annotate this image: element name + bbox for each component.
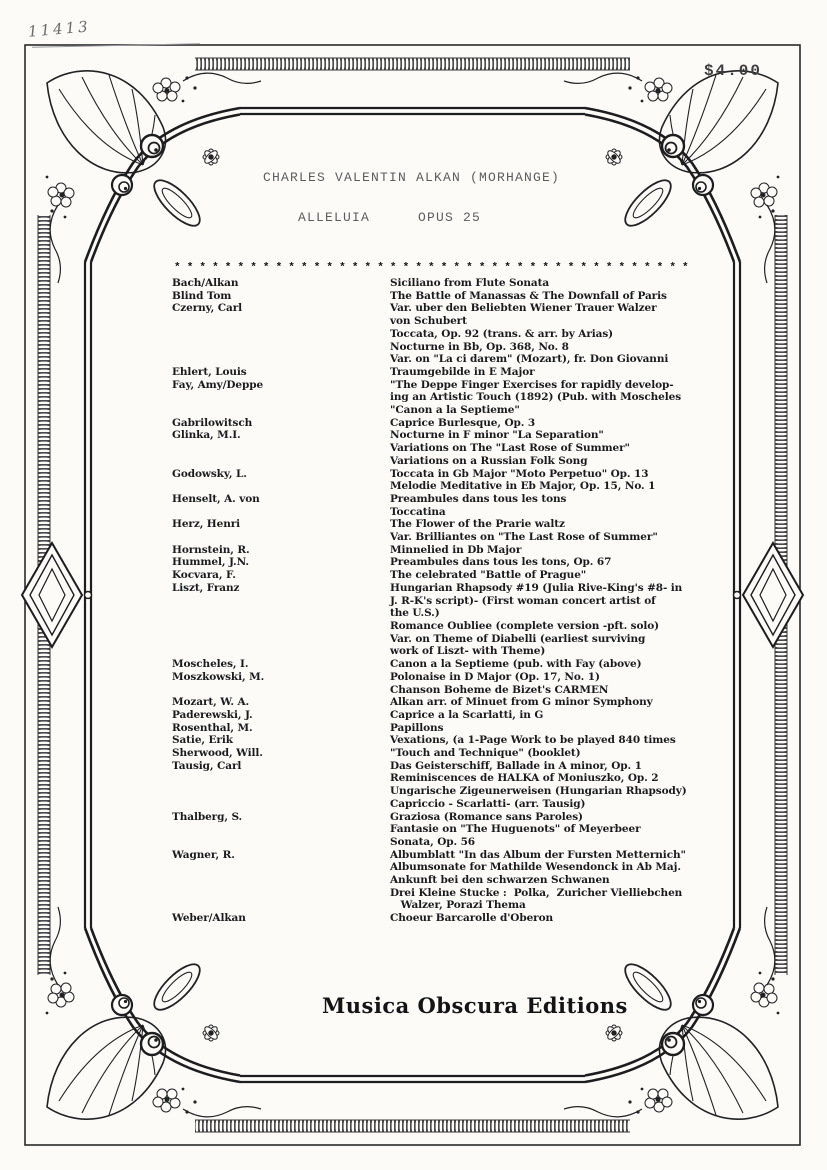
composer-name: Bach/Alkan bbox=[172, 277, 390, 290]
composer-name: Godowsky, L. bbox=[172, 468, 390, 493]
work-line: Melodie Meditative in Eb Major, Op. 15, … bbox=[390, 480, 702, 493]
works-list: "The Deppe Finger Exercises for rapidly … bbox=[390, 379, 702, 417]
work-line: Nocturne in F minor "La Separation" bbox=[390, 429, 702, 442]
composer-name: Ehlert, Louis bbox=[172, 366, 390, 379]
work-line: Siciliano from Flute Sonata bbox=[390, 277, 702, 290]
works-list: Preambules dans tous les tonsToccatina bbox=[390, 493, 702, 518]
composer-name: Herz, Henri bbox=[172, 518, 390, 543]
publisher-name: Musica Obscura Editions bbox=[322, 993, 628, 1018]
work-line: Sonata, Op. 56 bbox=[390, 836, 702, 849]
work-line: Var. on Theme of Diabelli (earliest surv… bbox=[390, 633, 702, 646]
composer-name: Moszkowski, M. bbox=[172, 671, 390, 696]
work-line: Var. on "La ci darem" (Mozart), fr. Don … bbox=[390, 353, 702, 366]
works-list: Papillons bbox=[390, 722, 702, 735]
catalog-entry: GabrilowitschCaprice Burlesque, Op. 3 bbox=[172, 417, 702, 430]
work-line: Drei Kleine Stucke : Polka, Zuricher Vie… bbox=[390, 887, 702, 900]
work-line: Var. Brilliantes on "The Last Rose of Su… bbox=[390, 531, 702, 544]
work-line: Vexations, (a 1-Page Work to be played 8… bbox=[390, 734, 702, 747]
catalog-entry: Glinka, M.I.Nocturne in F minor "La Sepa… bbox=[172, 429, 702, 467]
corner-ornament-top-left bbox=[31, 51, 261, 283]
work-line: Preambules dans tous les tons bbox=[390, 493, 702, 506]
works-list: "Touch and Technique" (booklet) bbox=[390, 747, 702, 760]
composer-name: Satie, Erik bbox=[172, 734, 390, 747]
composer-name: Fay, Amy/Deppe bbox=[172, 379, 390, 417]
composer-name: Wagner, R. bbox=[172, 849, 390, 913]
work-line: the U.S.) bbox=[390, 607, 702, 620]
catalog-entry: Czerny, CarlVar. uber den Beliebten Wien… bbox=[172, 302, 702, 366]
work-line: Papillons bbox=[390, 722, 702, 735]
composer-name: Blind Tom bbox=[172, 290, 390, 303]
work-line: Choeur Barcarolle d'Oberon bbox=[390, 912, 702, 925]
work-line: Fantasie on "The Huguenots" of Meyerbeer bbox=[390, 823, 702, 836]
work-line: Canon a la Septieme (pub. with Fay (abov… bbox=[390, 658, 702, 671]
separator-row: ****************************************… bbox=[174, 262, 695, 274]
work-line: Graziosa (Romance sans Paroles) bbox=[390, 811, 702, 824]
work-line: Nocturne in Bb, Op. 368, No. 8 bbox=[390, 341, 702, 354]
catalog-entry: Rosenthal, M.Papillons bbox=[172, 722, 702, 735]
catalog-entry: Blind TomThe Battle of Manassas & The Do… bbox=[172, 290, 702, 303]
catalog-entry: Ehlert, LouisTraumgebilde in E Major bbox=[172, 366, 702, 379]
work-line: Minnelied in Db Major bbox=[390, 544, 702, 557]
work-line: "The Deppe Finger Exercises for rapidly … bbox=[390, 379, 702, 392]
work-title: ALLELUIA bbox=[298, 210, 370, 225]
scanned-catalog-page: 11413 $4.00 CHARLES VALENTIN ALKAN (MORH… bbox=[0, 0, 827, 1170]
catalog-entry: Wagner, R.Albumblatt "In das Album der F… bbox=[172, 849, 702, 913]
composer-name: Thalberg, S. bbox=[172, 811, 390, 849]
subtitle-gap bbox=[370, 210, 418, 225]
work-line: von Schubert bbox=[390, 315, 702, 328]
work-line: Hungarian Rhapsody #19 (Julia Rive-King'… bbox=[390, 582, 702, 595]
composer-name: Tausig, Carl bbox=[172, 760, 390, 811]
corner-ornament-top-right bbox=[564, 51, 794, 283]
works-list: Choeur Barcarolle d'Oberon bbox=[390, 912, 702, 925]
works-list: Minnelied in Db Major bbox=[390, 544, 702, 557]
works-list: Siciliano from Flute Sonata bbox=[390, 277, 702, 290]
catalog-entry: Paderewski, J.Caprice a la Scarlatti, in… bbox=[172, 709, 702, 722]
work-line: Caprice a la Scarlatti, in G bbox=[390, 709, 702, 722]
work-line: "Canon a la Septieme" bbox=[390, 404, 702, 417]
works-list: Albumblatt "In das Album der Fursten Met… bbox=[390, 849, 702, 913]
catalog-entry: Kocvara, F.The celebrated "Battle of Pra… bbox=[172, 569, 702, 582]
work-line: Toccata in Gb Major "Moto Perpetuo" Op. … bbox=[390, 468, 702, 481]
work-line: Var. uber den Beliebten Wiener Trauer Wa… bbox=[390, 302, 702, 315]
work-line: The Battle of Manassas & The Downfall of… bbox=[390, 290, 702, 303]
works-list: Das Geisterschiff, Ballade in A minor, O… bbox=[390, 760, 702, 811]
catalog-entry: Moscheles, I.Canon a la Septieme (pub. w… bbox=[172, 658, 702, 671]
work-line: Traumgebilde in E Major bbox=[390, 366, 702, 379]
works-list: The celebrated "Battle of Prague" bbox=[390, 569, 702, 582]
work-line: Toccata, Op. 92 (trans. & arr. by Arias) bbox=[390, 328, 702, 341]
catalog: Bach/AlkanSiciliano from Flute SonataBli… bbox=[172, 277, 702, 925]
works-list: Caprice a la Scarlatti, in G bbox=[390, 709, 702, 722]
corner-ornament-bottom-right bbox=[564, 907, 794, 1139]
composer-name: Moscheles, I. bbox=[172, 658, 390, 671]
work-line: Variations on a Russian Folk Song bbox=[390, 455, 702, 468]
catalog-entry: Tausig, CarlDas Geisterschiff, Ballade i… bbox=[172, 760, 702, 811]
left-edge-diamond bbox=[22, 543, 92, 647]
work-line: Walzer, Porazi Thema bbox=[390, 899, 702, 912]
works-list: Preambules dans tous les tons, Op. 67 bbox=[390, 556, 702, 569]
catalog-entry: Liszt, FranzHungarian Rhapsody #19 (Juli… bbox=[172, 582, 702, 658]
composer-name: Glinka, M.I. bbox=[172, 429, 390, 467]
composer-name: Paderewski, J. bbox=[172, 709, 390, 722]
catalog-entry: Moszkowski, M.Polonaise in D Major (Op. … bbox=[172, 671, 702, 696]
catalog-entry: Hummel, J.N.Preambules dans tous les ton… bbox=[172, 556, 702, 569]
composer-name: Henselt, A. von bbox=[172, 493, 390, 518]
composer-name: Gabrilowitsch bbox=[172, 417, 390, 430]
catalog-entry: Weber/AlkanChoeur Barcarolle d'Oberon bbox=[172, 912, 702, 925]
work-line: "Touch and Technique" (booklet) bbox=[390, 747, 702, 760]
work-line: Chanson Boheme de Bizet's CARMEN bbox=[390, 684, 702, 697]
composer-name: Czerny, Carl bbox=[172, 302, 390, 366]
work-line: The celebrated "Battle of Prague" bbox=[390, 569, 702, 582]
work-line: Ungarische Zigeunerweisen (Hungarian Rha… bbox=[390, 785, 702, 798]
work-line: ing an Artistic Touch (1892) (Pub. with … bbox=[390, 391, 702, 404]
catalog-entry: Fay, Amy/Deppe"The Deppe Finger Exercise… bbox=[172, 379, 702, 417]
catalog-entry: Sherwood, Will."Touch and Technique" (bo… bbox=[172, 747, 702, 760]
work-line: Albumblatt "In das Album der Fursten Met… bbox=[390, 849, 702, 862]
work-line: J. R-K's script)- (First woman concert a… bbox=[390, 595, 702, 608]
works-list: The Battle of Manassas & The Downfall of… bbox=[390, 290, 702, 303]
opus-number: OPUS 25 bbox=[418, 210, 481, 225]
composer-name: Kocvara, F. bbox=[172, 569, 390, 582]
page-title: CHARLES VALENTIN ALKAN (MORHANGE) bbox=[263, 170, 560, 185]
work-line: Caprice Burlesque, Op. 3 bbox=[390, 417, 702, 430]
works-list: Canon a la Septieme (pub. with Fay (abov… bbox=[390, 658, 702, 671]
composer-name: Rosenthal, M. bbox=[172, 722, 390, 735]
catalog-entry: Thalberg, S.Graziosa (Romance sans Parol… bbox=[172, 811, 702, 849]
price-label: $4.00 bbox=[704, 62, 762, 80]
catalog-entry: Godowsky, L.Toccata in Gb Major "Moto Pe… bbox=[172, 468, 702, 493]
composer-name: Mozart, W. A. bbox=[172, 696, 390, 709]
catalog-entry: Herz, HenriThe Flower of the Prarie walt… bbox=[172, 518, 702, 543]
works-list: Vexations, (a 1-Page Work to be played 8… bbox=[390, 734, 702, 747]
works-list: Var. uber den Beliebten Wiener Trauer Wa… bbox=[390, 302, 702, 366]
works-list: Hungarian Rhapsody #19 (Julia Rive-King'… bbox=[390, 582, 702, 658]
works-list: Toccata in Gb Major "Moto Perpetuo" Op. … bbox=[390, 468, 702, 493]
work-line: Romance Oubliee (complete version -pft. … bbox=[390, 620, 702, 633]
catalog-entry: Mozart, W. A.Alkan arr. of Minuet from G… bbox=[172, 696, 702, 709]
corner-ornament-bottom-left bbox=[31, 907, 261, 1139]
composer-name: Sherwood, Will. bbox=[172, 747, 390, 760]
composer-name: Weber/Alkan bbox=[172, 912, 390, 925]
catalog-entry: Bach/AlkanSiciliano from Flute Sonata bbox=[172, 277, 702, 290]
work-line: Albumsonate for Mathilde Wesendonck in A… bbox=[390, 861, 702, 874]
work-line: work of Liszt- with Theme) bbox=[390, 645, 702, 658]
composer-name: Hornstein, R. bbox=[172, 544, 390, 557]
catalog-entry: Hornstein, R.Minnelied in Db Major bbox=[172, 544, 702, 557]
work-line: Capriccio - Scarlatti- (arr. Tausig) bbox=[390, 798, 702, 811]
work-line: Toccatina bbox=[390, 506, 702, 519]
works-list: Alkan arr. of Minuet from G minor Sympho… bbox=[390, 696, 702, 709]
composer-name: Hummel, J.N. bbox=[172, 556, 390, 569]
right-edge-diamond bbox=[734, 543, 804, 647]
work-line: The Flower of the Prarie waltz bbox=[390, 518, 702, 531]
works-list: Caprice Burlesque, Op. 3 bbox=[390, 417, 702, 430]
work-line: Ankunft bei den schwarzen Schwanen bbox=[390, 874, 702, 887]
catalog-entry: Henselt, A. vonPreambules dans tous les … bbox=[172, 493, 702, 518]
work-line: Preambules dans tous les tons, Op. 67 bbox=[390, 556, 702, 569]
works-list: Polonaise in D Major (Op. 17, No. 1)Chan… bbox=[390, 671, 702, 696]
composer-name: Liszt, Franz bbox=[172, 582, 390, 658]
catalog-entry: Satie, ErikVexations, (a 1-Page Work to … bbox=[172, 734, 702, 747]
page-subtitle: ALLELUIA OPUS 25 bbox=[298, 210, 481, 225]
work-line: Das Geisterschiff, Ballade in A minor, O… bbox=[390, 760, 702, 773]
work-line: Variations on The "Last Rose of Summer" bbox=[390, 442, 702, 455]
work-line: Alkan arr. of Minuet from G minor Sympho… bbox=[390, 696, 702, 709]
works-list: Traumgebilde in E Major bbox=[390, 366, 702, 379]
works-list: Nocturne in F minor "La Separation"Varia… bbox=[390, 429, 702, 467]
work-line: Reminiscences de HALKA of Moniuszko, Op.… bbox=[390, 772, 702, 785]
works-list: Graziosa (Romance sans Paroles)Fantasie … bbox=[390, 811, 702, 849]
work-line: Polonaise in D Major (Op. 17, No. 1) bbox=[390, 671, 702, 684]
works-list: The Flower of the Prarie waltzVar. Brill… bbox=[390, 518, 702, 543]
